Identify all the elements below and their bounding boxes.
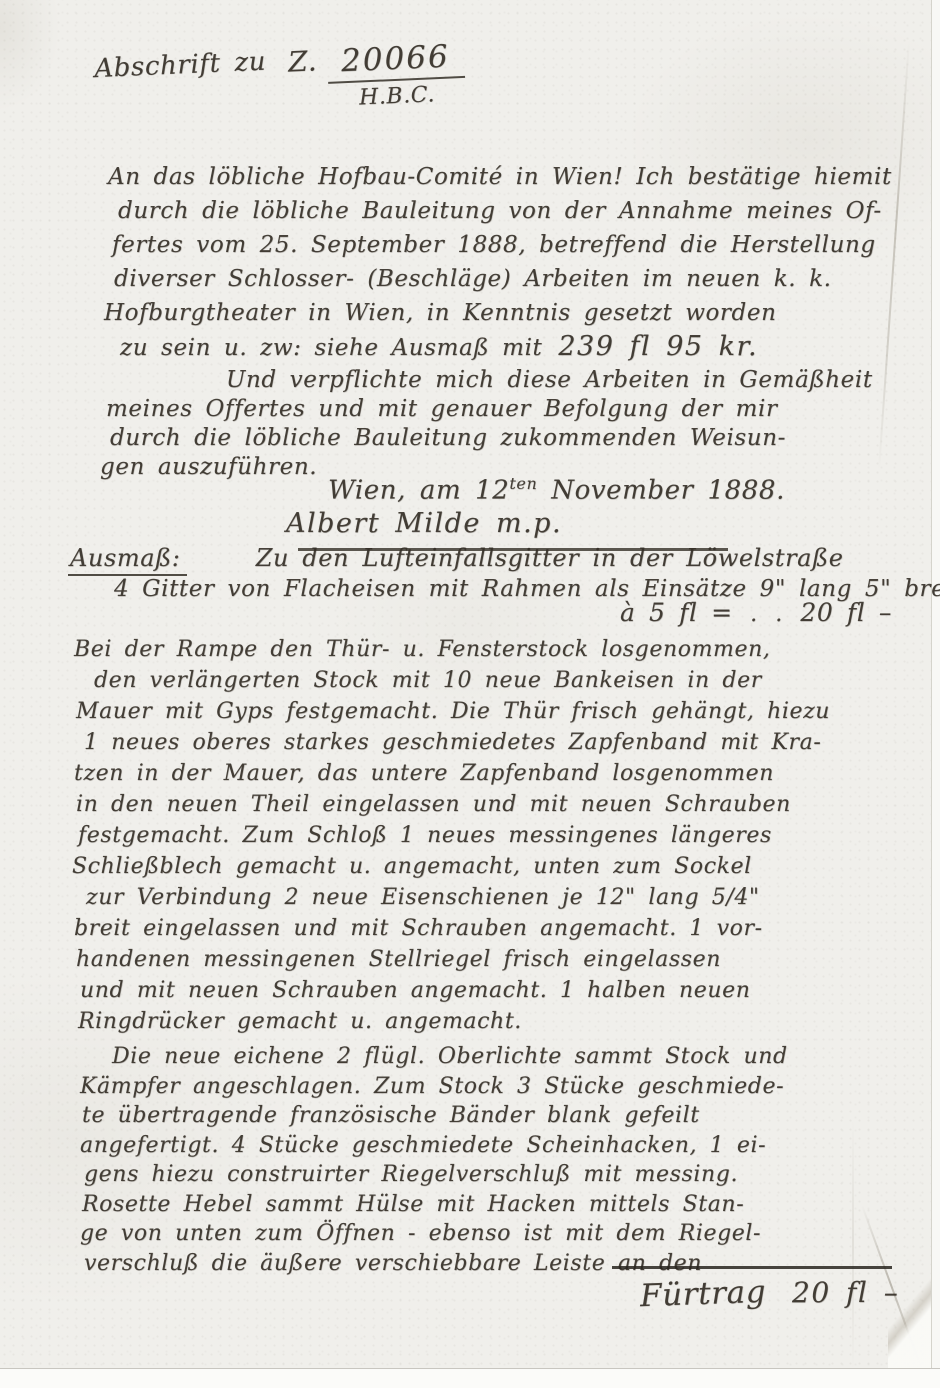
handwritten-line: und mit neuen Schrauben angemacht. 1 hal… [80,975,830,1006]
letter-paragraph-2: Und verpflichte mich diese Arbeiten in G… [100,366,873,482]
ausmass-body-1: Bei der Rampe den Thür- u. Fensterstock … [72,634,830,1037]
scan-edge-right [931,0,940,1388]
handwritten-line: Bei der Rampe den Thür- u. Fensterstock … [74,634,830,665]
office-code: H.B.C. [328,78,466,112]
handwritten-line: Ringdrücker gemacht u. angemacht. [78,1006,830,1037]
handwritten-line: Rosette Hebel sammt Hülse mit Hacken mit… [82,1190,788,1220]
handwritten-line: Die neue eichene 2 flügl. Oberlichte sam… [112,1042,788,1072]
handwritten-line: An das löbliche Hofbau-Comité in Wien! I… [108,160,892,194]
file-number: 20066 [326,38,464,84]
handwritten-line: zur Verbindung 2 neue Eisenschienen je 1… [86,882,830,913]
handwritten-text: zu sein u. zw: siehe Ausmaß mit [120,335,542,361]
handwritten-line: Schließblech gemacht u. angemacht, unten… [72,851,830,882]
signature: Albert Milde m.p. [286,508,562,539]
date-month-year: November 1888. [537,476,785,506]
price-row: à 5 fl = . . 20 fl – [620,598,892,627]
leader-dot: . [750,602,758,627]
paper-stain [0,0,90,140]
handwritten-line: zu sein u. zw: siehe Ausmaß mit239 fl 95… [120,330,892,364]
copy-label: Abschrift zu [94,47,267,84]
paper-crease [852,1120,854,1370]
handwritten-line: te übertragende französische Bänder blan… [82,1101,788,1131]
handwritten-line: 1 neues oberes starkes geschmiedetes Zap… [84,727,830,758]
handwritten-line: durch die löbliche Bauleitung von der An… [118,194,892,228]
confirmed-amount: 239 fl 95 kr. [558,331,758,362]
handwritten-line: tzen in der Mauer, das untere Zapfenband… [74,758,830,789]
handwritten-line: ge von unten zum Öffnen - ebenso ist mit… [80,1219,788,1249]
handwritten-line: diverser Schlosser- (Beschläge) Arbeiten… [114,262,892,296]
date-ordinal: ten [509,474,537,493]
file-prefix: Z. [287,44,317,78]
line-total: 20 fl – [800,598,892,627]
carryover-label: Fürtrag [639,1274,766,1314]
carryover-amount: 20 fl – [792,1276,899,1309]
handwritten-line: Mauer mit Gyps festgemacht. Die Thür fri… [76,696,830,727]
handwritten-line: Kämpfer angeschlagen. Zum Stock 3 Stücke… [80,1072,788,1102]
copy-header: Abschrift zu Z. 20066 H.B.C. [94,38,466,122]
handwritten-line: fertes vom 25. September 1888, betreffen… [112,228,892,262]
ausmass-body-2: Die neue eichene 2 flügl. Oberlichte sam… [78,1042,788,1278]
file-reference: 20066 H.B.C. [326,38,465,112]
handwritten-line: breit eingelassen und mit Schrauben ange… [74,913,830,944]
handwritten-line: verschluß die äußere verschiebbare Leist… [84,1249,788,1279]
date-line: Wien, am 12ten November 1888. [328,474,785,506]
document-page: Abschrift zu Z. 20066 H.B.C. An das löbl… [0,0,940,1388]
handwritten-line: meines Offertes und mit genauer Befolgun… [106,395,873,424]
scan-edge-bottom [0,1368,940,1388]
ausmass-label: Ausmaß: [68,544,187,576]
letter-paragraph-1: An das löbliche Hofbau-Comité in Wien! I… [100,160,892,364]
date-day: Wien, am 12 [328,476,509,506]
handwritten-line: angefertigt. 4 Stücke geschmiedete Schei… [80,1131,788,1161]
unit-price: à 5 fl = [620,598,733,627]
handwritten-line: den verlängerten Stock mit 10 neue Banke… [94,665,830,696]
handwritten-line: Hofburgtheater in Wien, in Kenntnis gese… [104,296,892,330]
handwritten-line: durch die löbliche Bauleitung zukommende… [110,424,873,453]
handwritten-line: in den neuen Theil eingelassen und mit n… [76,789,830,820]
handwritten-line: handenen messingenen Stellriegel frisch … [76,944,830,975]
handwritten-line: gens hiezu construirter Riegelverschluß … [84,1160,788,1190]
handwritten-line: festgemacht. Zum Schloß 1 neues messinge… [78,820,830,851]
ausmass-heading: Ausmaß: Zu den Lufteinfallsgitter in der… [68,544,844,572]
handwritten-line: Und verpflichte mich diese Arbeiten in G… [226,366,873,395]
leader-dot: . [775,602,783,627]
ausmass-intro: Zu den Lufteinfallsgitter in der Löwelst… [256,544,844,572]
carryover-rule [612,1266,892,1269]
